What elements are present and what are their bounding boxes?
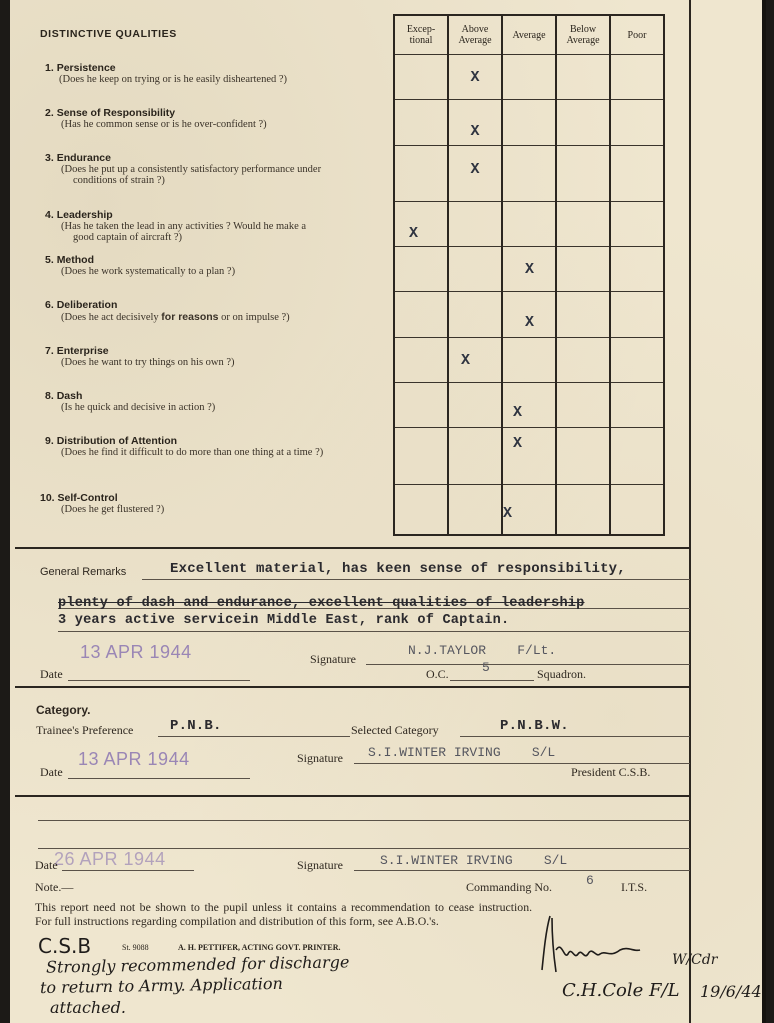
x-mark: X xyxy=(470,69,479,86)
trainee-preference-label: Trainee's Preference xyxy=(36,723,133,738)
quality-title: Endurance xyxy=(57,152,111,164)
rating-row-endurance: X xyxy=(394,146,664,202)
cell-below-average[interactable] xyxy=(556,100,610,146)
handwritten-signature-scribble xyxy=(528,910,658,980)
quality-number: 5. xyxy=(45,254,54,266)
quality-description-cont: conditions of strain ?) xyxy=(45,175,321,186)
remarks-signature-label: Signature xyxy=(310,652,356,667)
rating-row-attention: X xyxy=(394,428,664,485)
x-mark: X xyxy=(503,505,512,522)
cell-above-average[interactable] xyxy=(448,428,502,485)
cell-below-average[interactable] xyxy=(556,247,610,292)
commanding-date-label: Date xyxy=(35,858,58,873)
quality-number: 10. xyxy=(40,492,55,504)
quality-dash: 8. Dash (Is he quick and decisive in act… xyxy=(45,390,215,413)
note-text-1: This report need not be shown to the pup… xyxy=(35,900,532,915)
general-remarks-label: General Remarks xyxy=(40,566,126,578)
quality-leadership: 4. Leadership (Has he taken the lead in … xyxy=(45,209,306,243)
commanding-signature-line xyxy=(354,870,690,871)
quality-description: (Does he get flustered ?) xyxy=(40,504,164,515)
cell-poor[interactable] xyxy=(610,485,664,535)
squadron-label: Squadron. xyxy=(537,667,586,682)
cell-poor[interactable] xyxy=(610,247,664,292)
quality-description-cont: good captain of aircraft ?) xyxy=(45,232,306,243)
cell-below-average[interactable] xyxy=(556,292,610,338)
category-date-label: Date xyxy=(40,765,63,780)
cell-exceptional[interactable] xyxy=(394,428,448,485)
cell-above-average[interactable] xyxy=(448,383,502,428)
cell-exceptional[interactable] xyxy=(394,100,448,146)
selected-category-label: Selected Category xyxy=(351,723,439,738)
quality-number: 4. xyxy=(45,209,54,221)
commanding-date-stamp: 26 APR 1944 xyxy=(54,849,166,870)
remarks-text-1: Excellent material, has keen sense of re… xyxy=(170,561,626,577)
cell-exceptional[interactable] xyxy=(394,146,448,202)
quality-number: 2. xyxy=(45,107,54,119)
rating-row-leadership: X xyxy=(394,202,664,247)
category-signature-value: S.I.WINTER IRVING S/L xyxy=(368,745,555,760)
cell-below-average[interactable] xyxy=(556,202,610,247)
cell-exceptional[interactable] xyxy=(394,247,448,292)
remarks-text-3: 3 years active servicein Middle East, ra… xyxy=(58,613,509,628)
x-mark: X xyxy=(525,261,534,278)
handwritten-signature-cole: C.H.Cole F/L xyxy=(562,980,680,1001)
x-mark: X xyxy=(513,435,522,452)
quality-title: Deliberation xyxy=(57,299,118,311)
quality-number: 1. xyxy=(45,62,54,74)
col-above-average: AboveAverage xyxy=(448,15,502,55)
rating-row-dash: X xyxy=(394,383,664,428)
cell-average[interactable]: X xyxy=(502,485,556,535)
note-label: Note.— xyxy=(35,880,73,895)
selected-category-value: P.N.B.W. xyxy=(500,718,569,734)
category-signature-label: Signature xyxy=(297,751,343,766)
cell-below-average[interactable] xyxy=(556,55,610,100)
cell-poor[interactable] xyxy=(610,338,664,383)
cell-poor[interactable] xyxy=(610,428,664,485)
oc-line xyxy=(450,680,534,681)
quality-endurance: 3. Endurance (Does he put up a consisten… xyxy=(45,152,321,186)
category-date-stamp: 13 APR 1944 xyxy=(78,749,190,770)
rating-header-row: Excep-tional AboveAverage Average BelowA… xyxy=(394,15,664,55)
cell-exceptional[interactable] xyxy=(394,383,448,428)
quality-title: Enterprise xyxy=(57,345,109,357)
handwritten-csb: C.S.B xyxy=(38,934,91,958)
rating-row-method: X xyxy=(394,247,664,292)
cell-poor[interactable] xyxy=(610,383,664,428)
x-mark: X xyxy=(470,123,479,140)
rating-grid: Excep-tional AboveAverage Average BelowA… xyxy=(393,14,665,536)
cell-below-average[interactable] xyxy=(556,485,610,535)
remarks-line-3 xyxy=(58,631,690,632)
oc-value: 5 xyxy=(482,660,490,675)
quality-number: 3. xyxy=(45,152,54,164)
cell-above-average[interactable] xyxy=(448,202,502,247)
quality-responsibility: 2. Sense of Responsibility (Has he commo… xyxy=(45,107,267,130)
quality-title: Sense of Responsibility xyxy=(57,107,175,119)
quality-title: Persistence xyxy=(57,62,116,74)
handwritten-note-1: Strongly recommended for discharge xyxy=(46,952,350,976)
commanding-no-value: 6 xyxy=(586,873,594,888)
rating-row-self-control: X xyxy=(394,485,664,535)
x-mark: X xyxy=(461,352,470,369)
divider xyxy=(15,686,691,688)
category-signature-line xyxy=(354,763,690,764)
oc-label: O.C. xyxy=(426,667,449,682)
cell-average[interactable] xyxy=(502,100,556,146)
cell-poor[interactable] xyxy=(610,292,664,338)
category-date-line xyxy=(68,778,250,779)
commanding-no-label: Commanding No. xyxy=(466,880,552,895)
desc-part: (Does he act decisively xyxy=(61,312,161,323)
paper-right-edge xyxy=(762,0,766,1023)
quality-number: 7. xyxy=(45,345,54,357)
cell-poor[interactable] xyxy=(610,146,664,202)
handwritten-note-3: attached. xyxy=(50,998,126,1017)
cell-exceptional[interactable] xyxy=(394,485,448,535)
selected-category-line xyxy=(460,736,690,737)
quality-title: Distribution of Attention xyxy=(57,435,177,447)
quality-number: 6. xyxy=(45,299,54,311)
cell-average[interactable]: X xyxy=(502,292,556,338)
quality-description: (Does he keep on trying or is he easily … xyxy=(45,74,287,85)
handwritten-note-2: to return to Army. Application xyxy=(40,974,283,997)
col-poor: Poor xyxy=(610,15,664,55)
commanding-date-line xyxy=(62,870,194,871)
blank-line-1 xyxy=(38,820,690,821)
cell-average[interactable] xyxy=(502,146,556,202)
cell-above-average[interactable]: X xyxy=(448,146,502,202)
x-mark: X xyxy=(409,225,418,242)
quality-description: (Is he quick and decisive in action ?) xyxy=(45,402,215,413)
desc-part: or on impulse ?) xyxy=(218,312,289,323)
cell-below-average[interactable] xyxy=(556,383,610,428)
rating-row-deliberation: X xyxy=(394,292,664,338)
its-label: I.T.S. xyxy=(621,880,647,895)
remarks-date-label: Date xyxy=(40,667,63,682)
remarks-text-2: plenty of dash and endurance, excellent … xyxy=(58,596,585,611)
quality-description: (Has he common sense or is he over-confi… xyxy=(45,119,267,130)
cell-average[interactable]: X xyxy=(502,383,556,428)
quality-title: Leadership xyxy=(57,209,113,221)
assessment-form-page: DISTINCTIVE QUALITIES 1. Persistence (Do… xyxy=(10,0,766,1023)
cell-exceptional[interactable] xyxy=(394,292,448,338)
commanding-signature-label: Signature xyxy=(297,858,343,873)
remarks-signature-line xyxy=(366,664,690,665)
quality-attention: 9. Distribution of Attention (Does he fi… xyxy=(45,435,323,458)
rating-row-responsibility: X xyxy=(394,100,664,146)
commanding-signature-value: S.I.WINTER IRVING S/L xyxy=(380,853,567,868)
quality-description: (Does he find it difficult to do more th… xyxy=(45,447,323,458)
desc-emphasis: for reasons xyxy=(161,311,218,323)
cell-average[interactable] xyxy=(502,55,556,100)
cell-average[interactable]: X xyxy=(502,428,556,485)
x-mark: X xyxy=(470,161,479,178)
cell-exceptional[interactable]: X xyxy=(394,202,448,247)
cell-above-average[interactable]: X xyxy=(448,338,502,383)
remarks-signature-value: N.J.TAYLOR F/Lt. xyxy=(408,643,556,658)
cell-above-average[interactable] xyxy=(448,485,502,535)
quality-enterprise: 7. Enterprise (Does he want to try thing… xyxy=(45,345,235,368)
quality-number: 9. xyxy=(45,435,54,447)
section-title: DISTINCTIVE QUALITIES xyxy=(40,28,177,40)
quality-description: (Does he put up a consistently satisfact… xyxy=(45,164,321,175)
col-average: Average xyxy=(502,15,556,55)
quality-method: 5. Method (Does he work systematically t… xyxy=(45,254,235,277)
handwritten-date: 19/6/44 xyxy=(700,982,762,1001)
president-csb-label: President C.S.B. xyxy=(571,765,650,780)
divider xyxy=(15,547,691,549)
quality-description: (Does he act decisively for reasons or o… xyxy=(45,311,290,323)
quality-number: 8. xyxy=(45,390,54,402)
col-exceptional: Excep-tional xyxy=(394,15,448,55)
quality-description: (Has he taken the lead in any activities… xyxy=(45,221,306,232)
quality-description: (Does he work systematically to a plan ?… xyxy=(45,266,235,277)
quality-persistence: 1. Persistence (Does he keep on trying o… xyxy=(45,62,287,85)
remarks-line-1 xyxy=(142,579,690,580)
quality-title: Method xyxy=(57,254,94,266)
rating-row-enterprise: X xyxy=(394,338,664,383)
quality-self-control: 10. Self-Control (Does he get flustered … xyxy=(40,492,164,515)
cell-average[interactable] xyxy=(502,202,556,247)
cell-above-average[interactable] xyxy=(448,292,502,338)
quality-deliberation: 6. Deliberation (Does he act decisively … xyxy=(45,299,290,323)
cell-above-average[interactable] xyxy=(448,247,502,292)
handwritten-rank-wcdr: W/Cdr xyxy=(672,952,717,968)
printer-code: St. 9088 xyxy=(122,943,149,952)
rating-row-persistence: X xyxy=(394,55,664,100)
cell-average[interactable]: X xyxy=(502,247,556,292)
trainee-preference-line xyxy=(158,736,350,737)
cell-poor[interactable] xyxy=(610,202,664,247)
cell-below-average[interactable] xyxy=(556,146,610,202)
cell-below-average[interactable] xyxy=(556,338,610,383)
quality-title: Dash xyxy=(57,390,83,402)
remarks-date-line xyxy=(68,680,250,681)
cell-poor[interactable] xyxy=(610,55,664,100)
cell-poor[interactable] xyxy=(610,100,664,146)
x-mark: X xyxy=(525,314,534,331)
quality-description: (Does he want to try things on his own ?… xyxy=(45,357,235,368)
cell-above-average[interactable]: X xyxy=(448,100,502,146)
printer-credit: A. H. PETTIFER, ACTING GOVT. PRINTER. xyxy=(178,943,341,952)
col-below-average: BelowAverage xyxy=(556,15,610,55)
note-text-2: For full instructions regarding compilat… xyxy=(35,914,439,929)
cell-above-average[interactable]: X xyxy=(448,55,502,100)
cell-average[interactable] xyxy=(502,338,556,383)
quality-title: Self-Control xyxy=(58,492,118,504)
cell-below-average[interactable] xyxy=(556,428,610,485)
divider xyxy=(15,795,691,797)
trainee-preference-value: P.N.B. xyxy=(170,718,222,734)
cell-exceptional[interactable] xyxy=(394,55,448,100)
category-title: Category. xyxy=(36,703,90,717)
remarks-date-stamp: 13 APR 1944 xyxy=(80,642,192,663)
cell-exceptional[interactable] xyxy=(394,338,448,383)
x-mark: X xyxy=(513,404,522,421)
